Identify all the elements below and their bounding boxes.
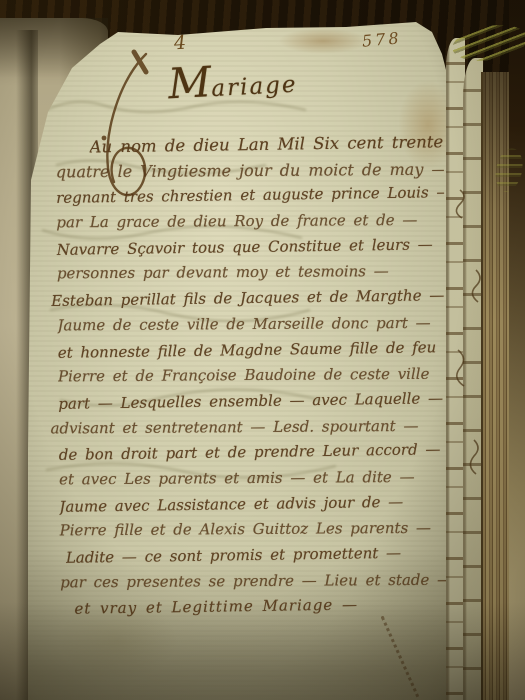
manuscript-line: Ladite — ce sont promis et promettent —: [66, 540, 448, 571]
manuscript-line: Au nom de dieu Lan Mil Six cent trente —: [89, 129, 443, 160]
manuscript-page: 4 578 Mariage Au nom de dieu Lan Mil Six…: [28, 20, 454, 700]
manuscript-text-block: Au nom de dieu Lan Mil Six cent trente —…: [55, 130, 448, 622]
page-title: Mariage: [167, 53, 299, 109]
manuscript-line: et avec Les parents et amis — et La dite…: [59, 465, 447, 493]
paper-stain: [278, 28, 368, 54]
manuscript-line: Esteban perillat fils de Jacques et de M…: [51, 283, 445, 315]
folio-number: 578: [361, 28, 402, 50]
page-number-top: 4: [173, 32, 187, 55]
manuscript-line: par La grace de dieu Roy de france et de…: [56, 208, 444, 236]
manuscript-photo: 4 578 Mariage Au nom de dieu Lan Mil Six…: [0, 0, 525, 700]
ink-smudge: [381, 615, 424, 700]
manuscript-line: part — Lesquelles ensemble — avec Laquel…: [58, 386, 446, 417]
manuscript-line: et vray et Legittime Mariage —: [74, 592, 448, 623]
background-edge: [509, 0, 525, 700]
edge-ink-squiggles: [446, 150, 486, 510]
manuscript-line: Jaume de ceste ville de Marseille donc p…: [57, 310, 445, 338]
manuscript-line: Pierre et de Françoise Baudoine de ceste…: [58, 362, 446, 390]
